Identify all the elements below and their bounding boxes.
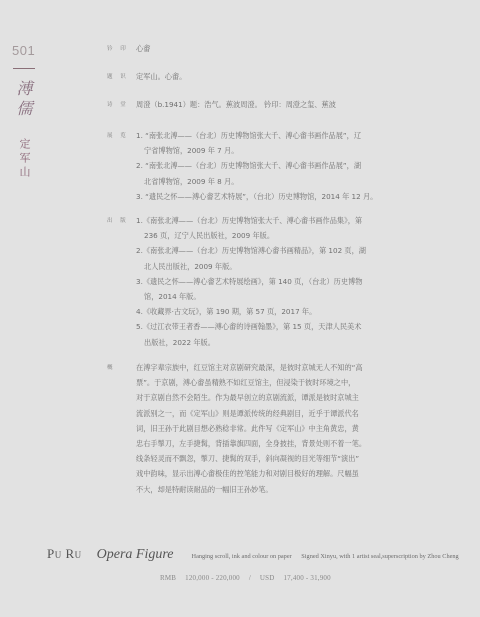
inscription-text: Signed Xinyu, with 1 artist seal,supersc… [301,553,458,560]
entry-line: 忠右手掣刀，左手捷髯，背插靠旗四面，全身披挂，背景处则不着一笔。 [136,436,376,451]
entry-published: 出 版 1.《南张北溥——（台北）历史博物馆张大千、溥心畬书画作品集》，第 23… [107,213,437,350]
artist-signature: 溥儒 [13,80,33,120]
entry-poetry-hall: 诗 堂 周澄（b.1941）题：浩气。蕉波周澄。 钤印：周澄之玺、蕉波 [107,97,437,113]
entry-line: 2.《南张北溥——（台北）历史博物馆溥心畬书画精品》，第 102 页，湖 [136,243,366,258]
entry-line: 1.《南张北溥——（台北）历史博物馆张大千、溥心畬书画作品集》，第 [136,213,366,228]
entry-line: 词，旧王孙于此剧目想必熟稔非常。此件写《定军山》中主角黄忠，黄 [136,421,376,436]
entry-content: 定军山。心畬。 [136,69,186,85]
work-title: Opera Figure [97,547,174,563]
entry-line: 北省博物馆，2009 年 8 月。 [136,174,377,189]
entry-line: 流派别之一，而《定军山》则是谭派传统的经典剧目，近乎于谭派代名 [136,406,376,421]
entry-line: 3.《遗民之怀——溥心畬艺术特展绘画》，第 140 页，（台北）历史博物 [136,274,366,289]
entry-exhibited: 展 览 1. “南张北溥——（台北）历史博物馆张大千、溥心畬书画作品展”，辽 宁… [107,128,437,204]
entry-line: 周澄（b.1941）题：浩气。蕉波周澄。 钤印：周澄之玺、蕉波 [136,97,336,112]
rmb-range: 120,000 - 220,000 [185,574,240,582]
entry-label: 钤 印 [107,41,136,57]
entry-label: 展 览 [107,128,136,204]
entry-line: 馆，2014 年版。 [136,289,366,304]
entry-line: 4.《收藏界·古文玩》，第 190 期，第 57 页，2017 年。 [136,304,366,319]
entry-line: 不大，却是特耐读耐品的一幅旧王孙妙笔。 [136,482,376,497]
page-number: 501 [12,43,35,58]
entry-label: 出 版 [107,213,136,350]
entry-line: 1. “南张北溥——（台北）历史博物馆张大千、溥心畬书画作品展”，辽 [136,128,377,143]
entry-line: 宁省博物馆，2009 年 7 月。 [136,143,377,158]
work-title-vertical: 定军山 [18,138,32,180]
entry-content: 心畬 [136,41,150,57]
divider-rule [13,68,35,69]
lot-description: Hanging scroll, ink and colour on paper … [192,553,459,560]
entry-line: 236 页，辽宁人民出版社，2009 年版。 [136,228,366,243]
entry-label: 诗 堂 [107,97,136,113]
entry-line: 2. “南张北溥——（台北）历史博物馆张大千、溥心畬书画作品展”，湖 [136,158,377,173]
entry-label: 概 [107,360,136,497]
entry-line: 戏中韵味，显示出溥心畬极佳的控笔能力和对剧目极好的理解。尺幅虽 [136,466,376,481]
entry-line: 定军山。心畬。 [136,69,186,84]
entry-line: 线条轻灵而不飘忽，掣刀、捷髯的双手，斜向凝视的目光等细节“演出” [136,451,376,466]
entry-line: 心畬 [136,41,150,56]
entry-overview: 概 在溥字辈宗族中，红豆馆主对京剧研究最深，是彼时京城无人不知的“高 票”。于京… [107,360,437,497]
entry-label: 题 识 [107,69,136,85]
usd-label: USD [260,574,275,582]
entry-seal: 钤 印 心畬 [107,41,437,57]
entry-line: 出版社，2022 年版。 [136,335,366,350]
artist-name: Pu Ru [47,546,82,562]
entry-content: 1.《南张北溥——（台北）历史博物馆张大千、溥心畬书画作品集》，第 236 页，… [136,213,366,350]
rmb-label: RMB [160,574,176,582]
entry-content: 在溥字辈宗族中，红豆馆主对京剧研究最深，是彼时京城无人不知的“高 票”。于京剧，… [136,360,376,497]
usd-range: 17,400 - 31,900 [283,574,330,582]
entry-content: 周澄（b.1941）题：浩气。蕉波周澄。 钤印：周澄之玺、蕉波 [136,97,336,113]
entry-content: 1. “南张北溥——（台北）历史博物馆张大千、溥心畬书画作品展”，辽 宁省博物馆… [136,128,377,204]
entry-line: 在溥字辈宗族中，红豆馆主对京剧研究最深，是彼时京城无人不知的“高 [136,360,376,375]
entry-inscription: 题 识 定军山。心畬。 [107,69,437,85]
entry-line: 5.《过江衣带王者香——溥心畬的诗画翰墨》，第 15 页，天津人民美术 [136,319,366,334]
entry-line: 对于京剧自然不会陌生。作为最早创立的京剧流派，谭派是彼时京城主 [136,390,376,405]
price-estimate: RMB 120,000 - 220,000 / USD 17,400 - 31,… [160,574,338,582]
lot-caption: Pu Ru Opera Figure Hanging scroll, ink a… [47,546,459,563]
estimate-separator: / [249,574,251,582]
entry-line: 北人民出版社，2009 年版。 [136,259,366,274]
entry-line: 3. “遗民之怀——溥心畬艺术特展”，（台北）历史博物馆，2014 年 12 月… [136,189,377,204]
entry-line: 票”。于京剧，溥心畬虽精熟不如红豆馆主，但浸染于彼时环境之中， [136,375,376,390]
medium-text: Hanging scroll, ink and colour on paper [192,553,292,560]
